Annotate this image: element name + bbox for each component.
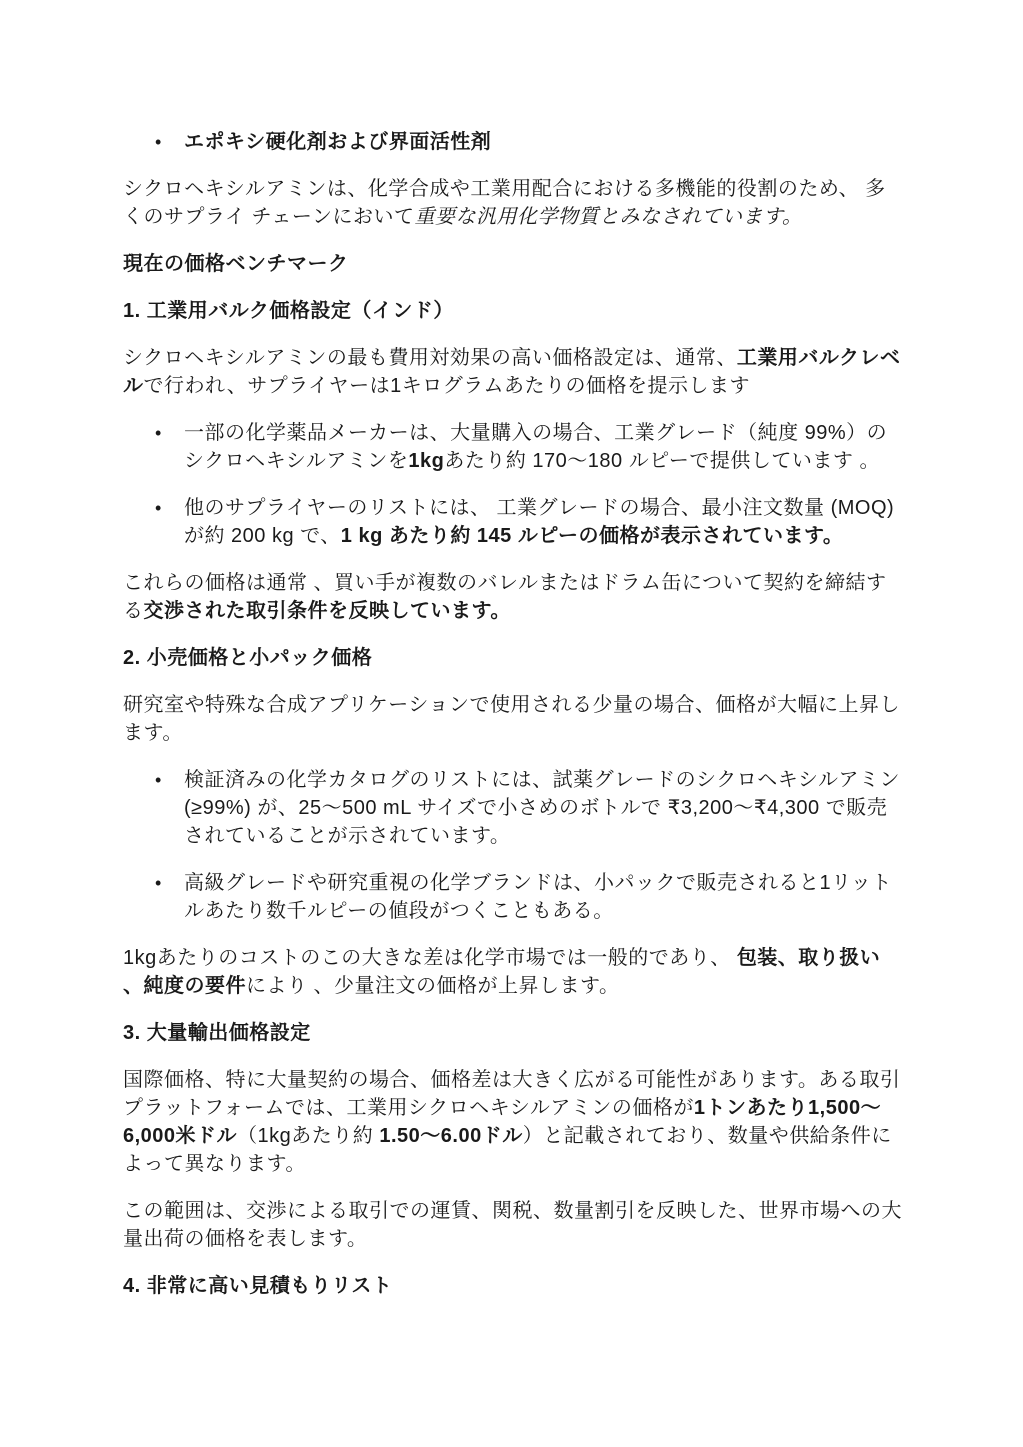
bullet-text: 高級グレードや研究重視の化学ブランドは、小パックで販売されると1リットルあたり数… [184, 869, 903, 925]
bullet-dot-icon: • [155, 419, 184, 475]
bullet-text: エポキシ硬化剤および界面活性剤 [184, 128, 903, 156]
bullet-item-premium-brands: • 高級グレードや研究重視の化学ブランドは、小パックで販売されると1リットルあた… [123, 869, 903, 925]
paragraph-bulk-level-pricing: シクロヘキシルアミンの最も費用対効果の高い価格設定は、通常、工業用バルクレベルで… [123, 344, 903, 400]
document-page: • エポキシ硬化剤および界面活性剤 シクロヘキシルアミンは、化学合成や工業用配合… [0, 0, 1023, 1447]
bullet-item-catalog-reagent-grade: • 検証済みの化学カタログのリストには、試薬グレードのシクロヘキシルアミン (≥… [123, 766, 903, 850]
bullet-text: 一部の化学薬品メーカーは、大量購入の場合、工業グレード（純度 99%）のシクロヘ… [184, 419, 903, 475]
paragraph-international-price-range: 国際価格、特に大量契約の場合、価格差は大きく広がる可能性があります。ある取引プラ… [123, 1066, 903, 1178]
heading-4-very-high-quote-list: 4. 非常に高い見積もりリスト [123, 1272, 903, 1300]
paragraph-negotiated-terms: これらの価格は通常 、買い手が複数のバレルまたはドラム缶について契約を締結する交… [123, 569, 903, 625]
bullet-dot-icon: • [155, 128, 184, 156]
bullet-text: 検証済みの化学カタログのリストには、試薬グレードのシクロヘキシルアミン (≥99… [184, 766, 903, 850]
paragraph-cost-gap-packaging-purity: 1kgあたりのコストのこの大きな差は化学市場では一般的であり、 包装、取り扱い … [123, 944, 903, 1000]
bullet-dot-icon: • [155, 766, 184, 850]
bullet-dot-icon: • [155, 494, 184, 550]
bullet-dot-icon: • [155, 869, 184, 925]
heading-2-retail-small-pack-pricing: 2. 小売価格と小パック価格 [123, 644, 903, 672]
heading-3-bulk-export-pricing: 3. 大量輸出価格設定 [123, 1019, 903, 1047]
paragraph-global-shipment-pricing: この範囲は、交渉による取引での運賃、関税、数量割引を反映した、世界市場への大量出… [123, 1197, 903, 1253]
paragraph-intro-versatile-chemical: シクロヘキシルアミンは、化学合成や工業用配合における多機能的役割のため、 多くの… [123, 175, 903, 231]
bullet-item-epoxy-hardener: • エポキシ硬化剤および界面活性剤 [123, 128, 903, 156]
heading-current-price-benchmark: 現在の価格ベンチマーク [123, 250, 903, 278]
bullet-text: 他のサプライヤーのリストには、 工業グレードの場合、最小注文数量 (MOQ)が約… [184, 494, 903, 550]
bullet-item-moq-145-rupees: • 他のサプライヤーのリストには、 工業グレードの場合、最小注文数量 (MOQ)… [123, 494, 903, 550]
bullet-item-manufacturer-170-180-rupees: • 一部の化学薬品メーカーは、大量購入の場合、工業グレード（純度 99%）のシク… [123, 419, 903, 475]
heading-1-industrial-bulk-pricing-india: 1. 工業用バルク価格設定（インド） [123, 297, 903, 325]
paragraph-lab-small-quantity: 研究室や特殊な合成アプリケーションで使用される少量の場合、価格が大幅に上昇します… [123, 691, 903, 747]
